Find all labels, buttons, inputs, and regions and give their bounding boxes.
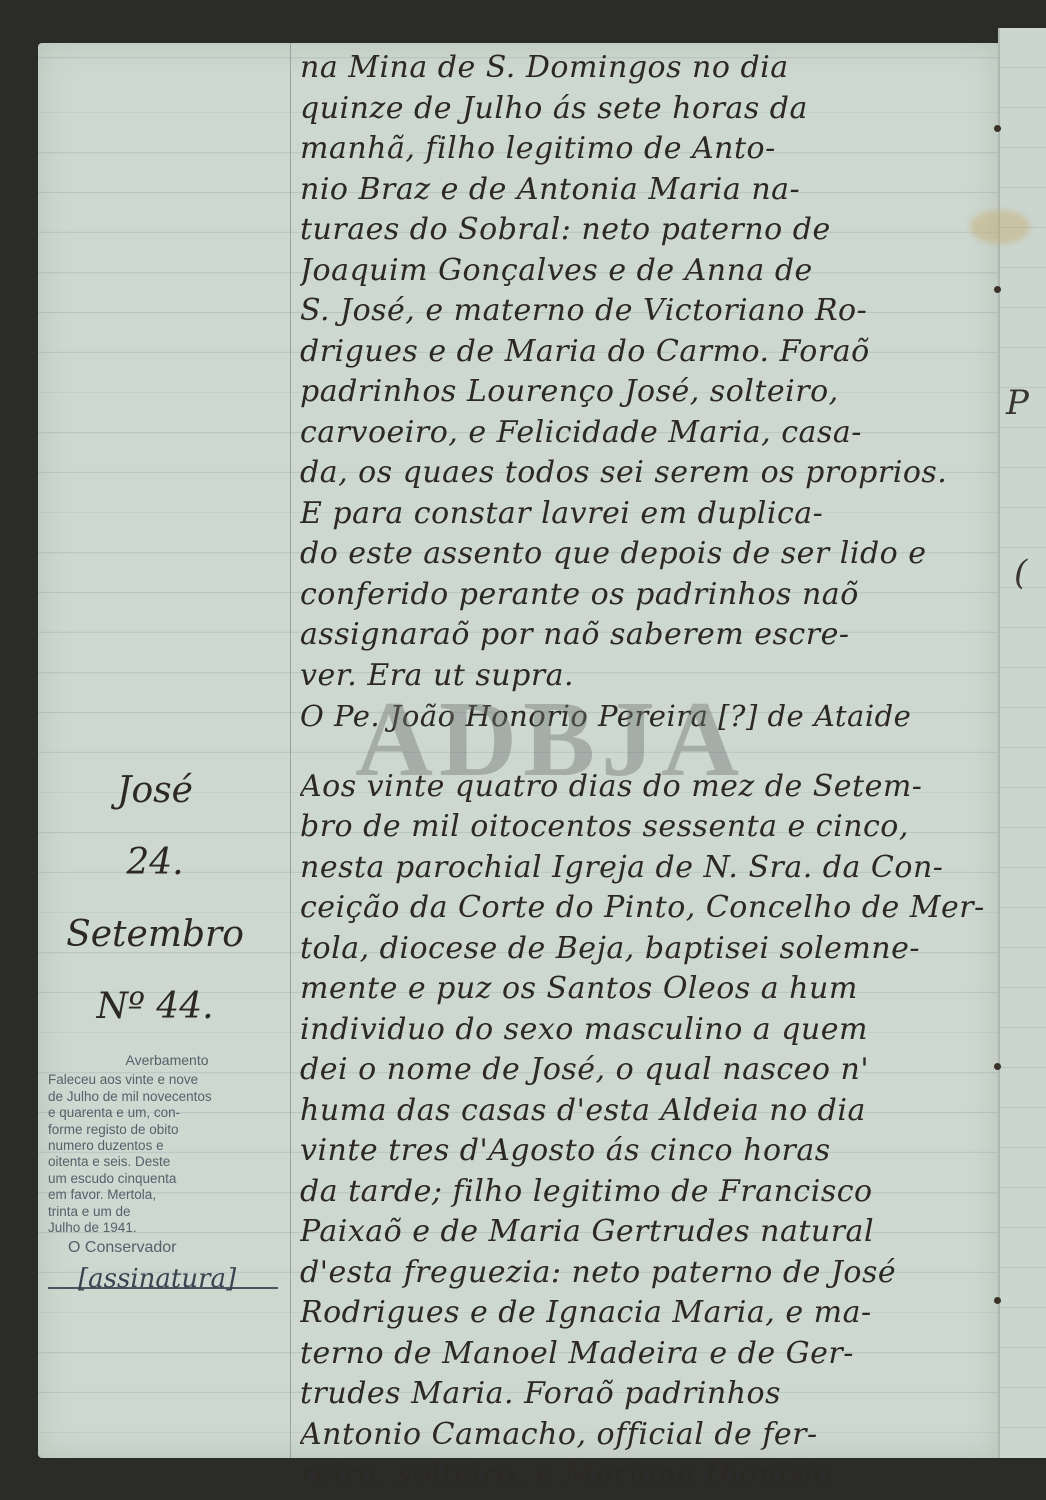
entry-line: Paixaõ e de Maria Gertrudes natural [300, 1212, 990, 1253]
entry-number: Nº 44. [55, 971, 255, 1043]
entry-line: Antonio Camacho, official de fer- [300, 1415, 990, 1456]
binding-hole [994, 125, 1001, 132]
entry-line: padrinhos Lourenço José, solteiro, [300, 372, 990, 413]
entry-line: nesta parochial Igreja de N. Sra. da Con… [300, 848, 990, 889]
entry-line: reiro, solteiro, e Mariana Dionisia [300, 1455, 990, 1496]
entry-line: huma das casas d'esta Aldeia no dia [300, 1091, 990, 1132]
entry-line: conferido perante os padrinhos naõ [300, 575, 990, 616]
entry-line: assignaraõ por naõ saberem escre- [300, 615, 990, 656]
entry-line: quinze de Julho ás sete horas da [300, 89, 990, 130]
entry-line: nio Braz e de Antonia Maria na- [300, 170, 990, 211]
entry-line: da, os quaes todos sei serem os proprios… [300, 453, 990, 494]
entry-line: carvoeiro, e Felicidade Maria, casa- [300, 413, 990, 454]
entry-line: Rodrigues e de Ignacia Maria, e ma- [300, 1293, 990, 1334]
entry-line: ver. Era ut supra. [300, 656, 990, 697]
entry-line: individuo do sexo masculino a quem [300, 1010, 990, 1051]
annotation-title: Averbamento [48, 1052, 286, 1068]
annotation-role: O Conservador [48, 1240, 286, 1256]
entry-line: do este assento que depois de ser lido e [300, 534, 990, 575]
baptized-name: José [55, 755, 255, 827]
entry-line: Aos vinte quatro dias do mez de Setem- [300, 767, 990, 808]
adjacent-page-handwriting: ( [1014, 553, 1027, 593]
annotation-line: trinta e um de [48, 1204, 286, 1220]
annotation-line: um escudo cinquenta [48, 1171, 286, 1187]
death-annotation: Averbamento Faleceu aos vinte e nove de … [48, 1052, 286, 1289]
entry-line: E para constar lavrei em duplica- [300, 494, 990, 535]
entry-line: terno de Manoel Madeira e de Ger- [300, 1334, 990, 1375]
entry-line: manhã, filho legitimo de Anto- [300, 129, 990, 170]
entry-separator [300, 737, 990, 767]
annotation-line: em favor. Mertola, [48, 1187, 286, 1203]
conservador-signature: [assinatura] [48, 1271, 278, 1289]
entry-line: d'esta freguezia: neto paterno de José [300, 1253, 990, 1294]
entry-line: drigues e de Maria do Carmo. Foraõ [300, 332, 990, 373]
binding-hole [994, 1063, 1001, 1070]
entry-line: dei o nome de José, o qual nasceo n' [300, 1050, 990, 1091]
annotation-line: Faleceu aos vinte e nove [48, 1072, 286, 1088]
entry-line: bro de mil oitocentos sessenta e cinco, [300, 807, 990, 848]
annotation-line: numero duzentos e [48, 1138, 286, 1154]
margin-rule [290, 43, 291, 1458]
entry-line: Joaquim Gonçalves e de Anna de [300, 251, 990, 292]
entry-line: vinte tres d'Agosto ás cinco horas [300, 1131, 990, 1172]
entry-day: 24. [55, 827, 255, 899]
entry-line: trudes Maria. Foraõ padrinhos [300, 1374, 990, 1415]
entry-margin-header: José 24. Setembro Nº 44. [55, 755, 255, 1043]
annotation-line: de Julho de mil novecentos [48, 1089, 286, 1105]
entry-line: tola, diocese de Beja, baptisei solemne- [300, 929, 990, 970]
annotation-line: e quarenta e um, con- [48, 1105, 286, 1121]
annotation-line: oitenta e seis. Deste [48, 1154, 286, 1170]
entry-line: turaes do Sobral: neto paterno de [300, 210, 990, 251]
entry-line: ceição da Corte do Pinto, Concelho de Me… [300, 888, 990, 929]
register-body: na Mina de S. Domingos no dia quinze de … [300, 48, 990, 1496]
entry-month: Setembro [55, 899, 255, 971]
binding-hole [994, 286, 1001, 293]
priest-signature: O Pe. João Honorio Pereira [?] de Ataide [300, 696, 990, 737]
entry-line: S. José, e materno de Victoriano Ro- [300, 291, 990, 332]
entry-line: na Mina de S. Domingos no dia [300, 48, 990, 89]
binding-hole [994, 1297, 1001, 1304]
annotation-line: forme registo de obito [48, 1122, 286, 1138]
entry-line: mente e puz os Santos Oleos a hum [300, 969, 990, 1010]
adjacent-page-handwriting: P [1006, 383, 1029, 423]
annotation-line: Julho de 1941. [48, 1220, 286, 1236]
entry-line: da tarde; filho legitimo de Francisco [300, 1172, 990, 1213]
